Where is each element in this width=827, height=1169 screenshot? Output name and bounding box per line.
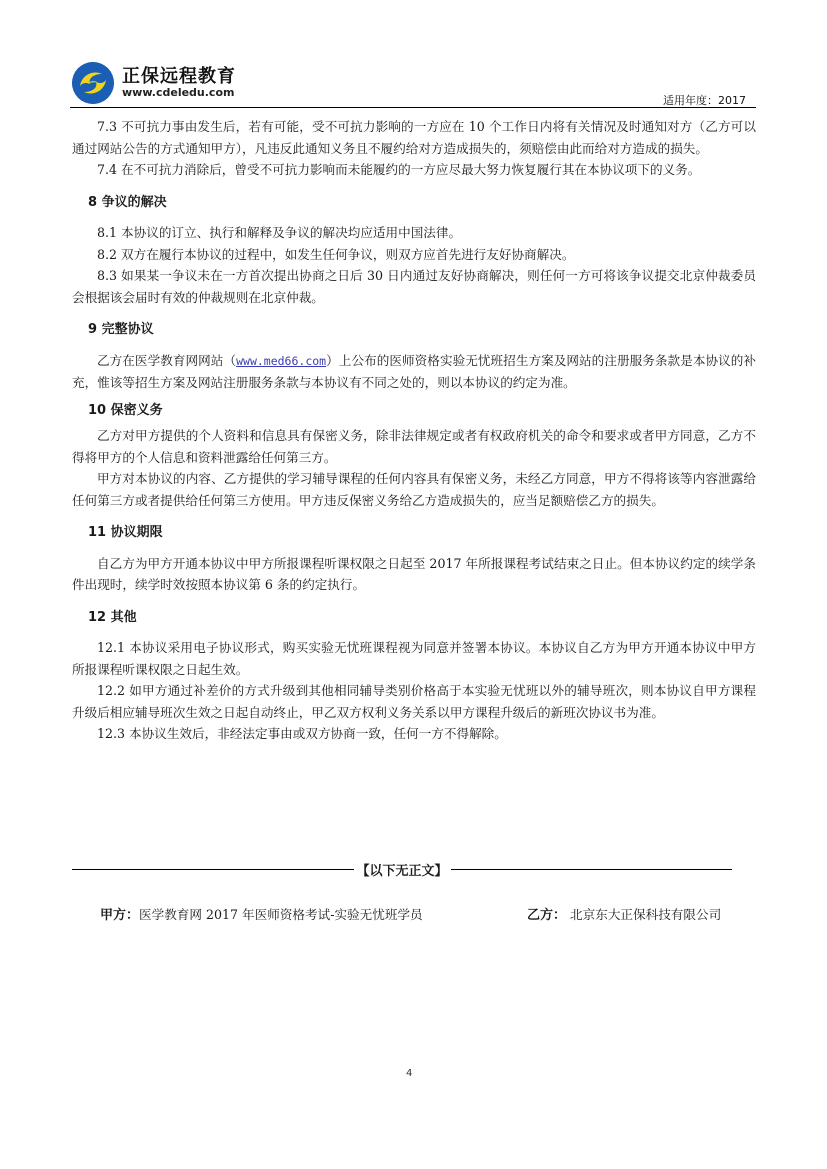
- clause-7-4: 7.4 在不可抗力消除后，曾受不可抗力影响而未能履约的一方应尽最大努力恢复履行其…: [72, 159, 756, 181]
- section-12: 12 其他 12.1 本协议采用电子协议形式，购买实验无忧班课程视为同意并签署本…: [72, 607, 756, 745]
- clause-9: 乙方在医学教育网网站（www.med66.com）上公布的医师资格实验无忧班招生…: [72, 350, 756, 394]
- clause-12-1: 12.1 本协议采用电子协议形式，购买实验无忧班课程视为同意并签署本协议。本协议…: [72, 637, 756, 680]
- party-a-value: 医学教育网 2017 年医师资格考试-实验无忧班学员: [139, 907, 423, 922]
- clause-8-3: 8.3 如果某一争议未在一方首次提出协商之日后 30 日内通过友好协商解决，则任…: [72, 265, 756, 308]
- clause-12-2: 12.2 如甲方通过补差价的方式升级到其他相同辅导类别价格高于本实验无忧班以外的…: [72, 680, 756, 723]
- med66-link[interactable]: www.med66.com: [236, 354, 326, 368]
- clause-11: 自乙方为甲方开通本协议中甲方所报课程听课权限之日起至 2017 年所报课程考试结…: [72, 553, 756, 596]
- section-heading: 10 保密义务: [72, 400, 756, 422]
- section-10: 10 保密义务 乙方对甲方提供的个人资料和信息具有保密义务，除非法律规定或者有权…: [72, 400, 756, 512]
- party-a: 甲方：医学教育网 2017 年医师资格考试-实验无忧班学员: [100, 904, 423, 923]
- section-8: 8 争议的解决 8.1 本协议的订立、执行和解释及争议的解决均应适用中国法律。 …: [72, 192, 756, 309]
- section-heading: 11 协议期限: [72, 522, 756, 544]
- section-11: 11 协议期限 自乙方为甲方开通本协议中甲方所报课程听课权限之日起至 2017 …: [72, 522, 756, 596]
- party-a-label: 甲方：: [100, 908, 139, 923]
- party-b-label: 乙方：: [527, 908, 566, 923]
- section-9: 9 完整协议 乙方在医学教育网网站（www.med66.com）上公布的医师资格…: [72, 319, 756, 394]
- party-b: 乙方： 北京东大正保科技有限公司: [527, 904, 721, 923]
- clause-text: 乙方在医学教育网网站（: [97, 353, 236, 368]
- brand-url: www.cdeledu.com: [122, 86, 234, 99]
- clause-10-2: 甲方对本协议的内容、乙方提供的学习辅导课程的任何内容具有保密义务，未经乙方同意，…: [72, 468, 756, 511]
- section-heading: 8 争议的解决: [72, 192, 756, 214]
- cdeledu-logo-icon: [72, 62, 114, 104]
- brand-name: 正保远程教育: [122, 62, 236, 88]
- agreement-body: 7.3 不可抗力事由发生后，若有可能，受不可抗力影响的一方应在 10 个工作日内…: [72, 116, 756, 745]
- section-7: 7.3 不可抗力事由发生后，若有可能，受不可抗力影响的一方应在 10 个工作日内…: [72, 116, 756, 181]
- applicable-year-label: 适用年度：2017: [663, 92, 746, 108]
- clause-8-2: 8.2 双方在履行本协议的过程中，如发生任何争议，则双方应首先进行友好协商解决。: [72, 244, 756, 266]
- party-b-value: 北京东大正保科技有限公司: [570, 907, 721, 922]
- divider-dash-right: [451, 869, 733, 870]
- section-heading: 9 完整协议: [72, 319, 756, 341]
- divider-dash-left: [72, 869, 354, 870]
- clause-8-1: 8.1 本协议的订立、执行和解释及争议的解决均应适用中国法律。: [72, 222, 756, 244]
- page-number: 4: [406, 1068, 412, 1079]
- header-divider: [70, 107, 756, 108]
- end-of-text-divider: 【以下无正文】: [72, 860, 732, 879]
- end-of-text-marker: 【以下无正文】: [354, 860, 451, 879]
- page-header: 正保远程教育 www.cdeledu.com 适用年度：2017: [70, 58, 754, 106]
- clause-7-3: 7.3 不可抗力事由发生后，若有可能，受不可抗力影响的一方应在 10 个工作日内…: [72, 116, 756, 159]
- section-heading: 12 其他: [72, 607, 756, 629]
- clause-12-3: 12.3 本协议生效后，非经法定事由或双方协商一致，任何一方不得解除。: [72, 723, 756, 745]
- clause-10-1: 乙方对甲方提供的个人资料和信息具有保密义务，除非法律规定或者有权政府机关的命令和…: [72, 425, 756, 468]
